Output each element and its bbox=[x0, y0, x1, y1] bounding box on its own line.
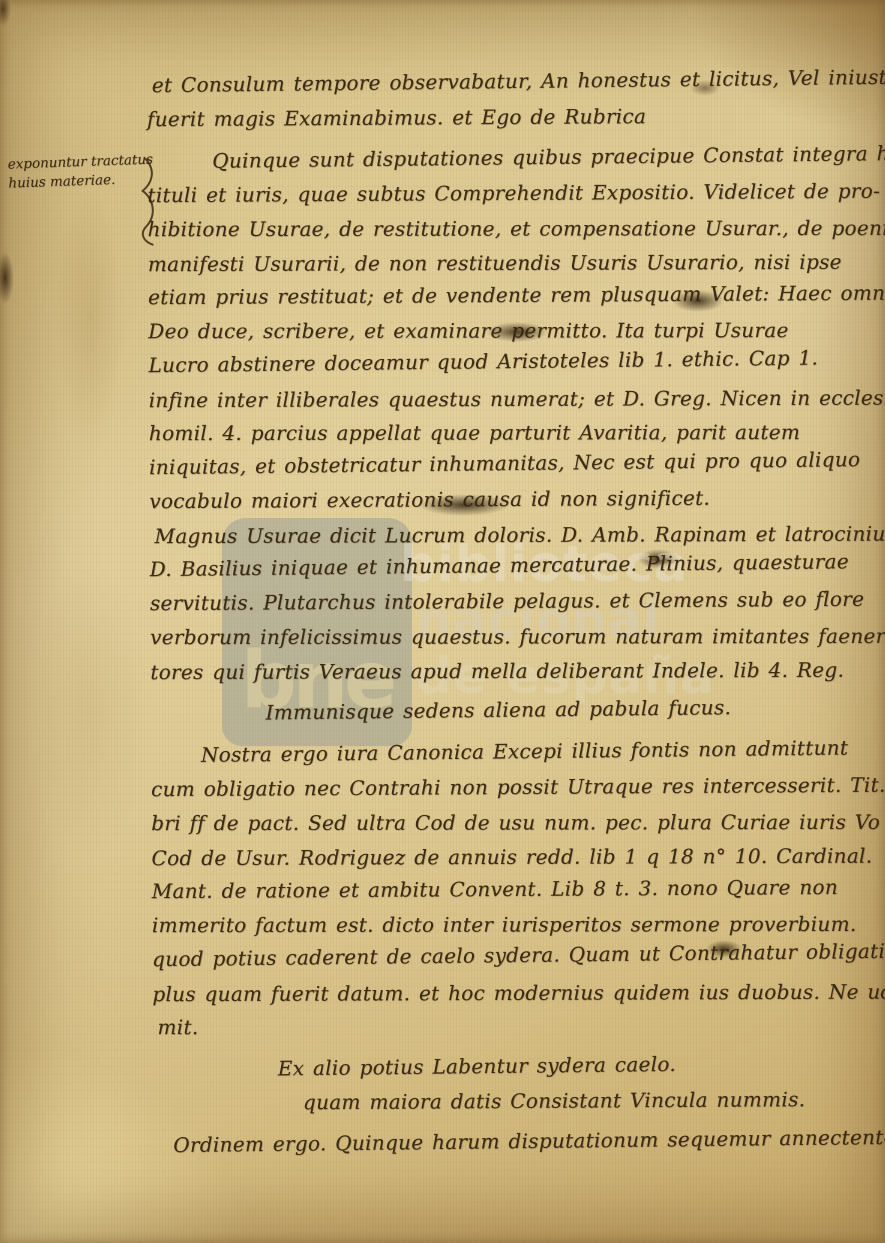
manuscript-line: bri ff de pact. Sed ultra Cod de usu num… bbox=[151, 805, 863, 840]
manuscript-paragraph: Ordinem ergo. Quinque harum disputationu… bbox=[153, 1124, 865, 1162]
manuscript-line: etiam prius restituat; et de vendente re… bbox=[148, 276, 860, 314]
manuscript-line: plus quam fuerit datum. et hoc modernius… bbox=[152, 975, 864, 1011]
manuscript-line: D. Basilius iniquae et inhumanae mercatu… bbox=[150, 544, 862, 586]
manuscript-paragraph: Immunisque sedens aliena ad pabula fucus… bbox=[151, 692, 863, 730]
manuscript-line: cum obligatio nec Contrahi non possit Ut… bbox=[151, 768, 863, 806]
manuscript-line: quod potius caderent de caelo sydera. Qu… bbox=[152, 934, 864, 976]
manuscript-line: iniquitas, et obstetricatur inhumanitas,… bbox=[149, 442, 861, 484]
manuscript-line: Immunisque sedens aliena ad pabula fucus… bbox=[265, 689, 862, 730]
paper-edge-smudge bbox=[0, 252, 14, 304]
margin-note: exponuntur tractatus huius materiae. bbox=[7, 150, 158, 193]
manuscript-line: Mant. de ratione et ambitu Convent. Lib … bbox=[152, 870, 864, 908]
manuscript-line: vocabulo maiori execrationis causa id no… bbox=[149, 480, 861, 518]
manuscript-line: mit. bbox=[157, 1009, 864, 1044]
manuscript-line: tores qui furtis Veraeus apud mella deli… bbox=[150, 653, 862, 689]
manuscript-paragraph: Nostra ergo iura Canonica Excepi illius … bbox=[151, 734, 865, 1044]
ink-bleedthrough bbox=[30, 560, 150, 860]
manuscript-line: Lucro abstinere doceamur quod Aristotele… bbox=[148, 340, 860, 382]
manuscript-line: Ordinem ergo. Quinque harum disputationu… bbox=[173, 1120, 865, 1162]
manuscript-text: et Consulum tempore observabatur, An hon… bbox=[147, 64, 866, 1162]
manuscript-line: Nostra ergo iura Canonica Excepi illius … bbox=[201, 730, 863, 772]
manuscript-line: hibitione Usurae, de restitutione, et co… bbox=[148, 211, 860, 246]
manuscript-line: tituli et iuris, quae subtus Comprehendi… bbox=[147, 174, 859, 212]
manuscript-paragraph: et Consulum tempore observabatur, An hon… bbox=[147, 64, 859, 136]
manuscript-line: verborum infelicissimus quaestus. fucoru… bbox=[150, 619, 862, 654]
manuscript-line: infine inter illiberales quaestus numera… bbox=[149, 381, 861, 417]
manuscript-line: Ex alio potius Labentur sydera caelo. bbox=[278, 1045, 865, 1086]
manuscript-line: quam maiora datis Consistant Vincula num… bbox=[303, 1082, 865, 1119]
manuscript-line: et Consulum tempore observabatur, An hon… bbox=[152, 60, 859, 102]
manuscript-line: Quinque sunt disputationes quibus praeci… bbox=[212, 136, 859, 177]
manuscript-line: manifesti Usurarii, de non restituendis … bbox=[148, 245, 860, 281]
ink-bleedthrough bbox=[55, 190, 125, 450]
manuscript-line: fuerit magis Examinabimus. et Ego de Rub… bbox=[147, 98, 859, 136]
manuscript-page: bne biblioteca nacional de españa exponu… bbox=[0, 0, 885, 1243]
manuscript-paragraph: Quinque sunt disputationes quibus praeci… bbox=[147, 140, 862, 688]
manuscript-paragraph: Ex alio potius Labentur sydera caelo.qua… bbox=[153, 1048, 865, 1120]
manuscript-line: Cod de Usur. Rodriguez de annuis redd. l… bbox=[151, 839, 863, 875]
paper-corner-mark bbox=[0, 0, 11, 26]
manuscript-line: servitutis. Plutarchus intolerabile pela… bbox=[150, 582, 862, 620]
